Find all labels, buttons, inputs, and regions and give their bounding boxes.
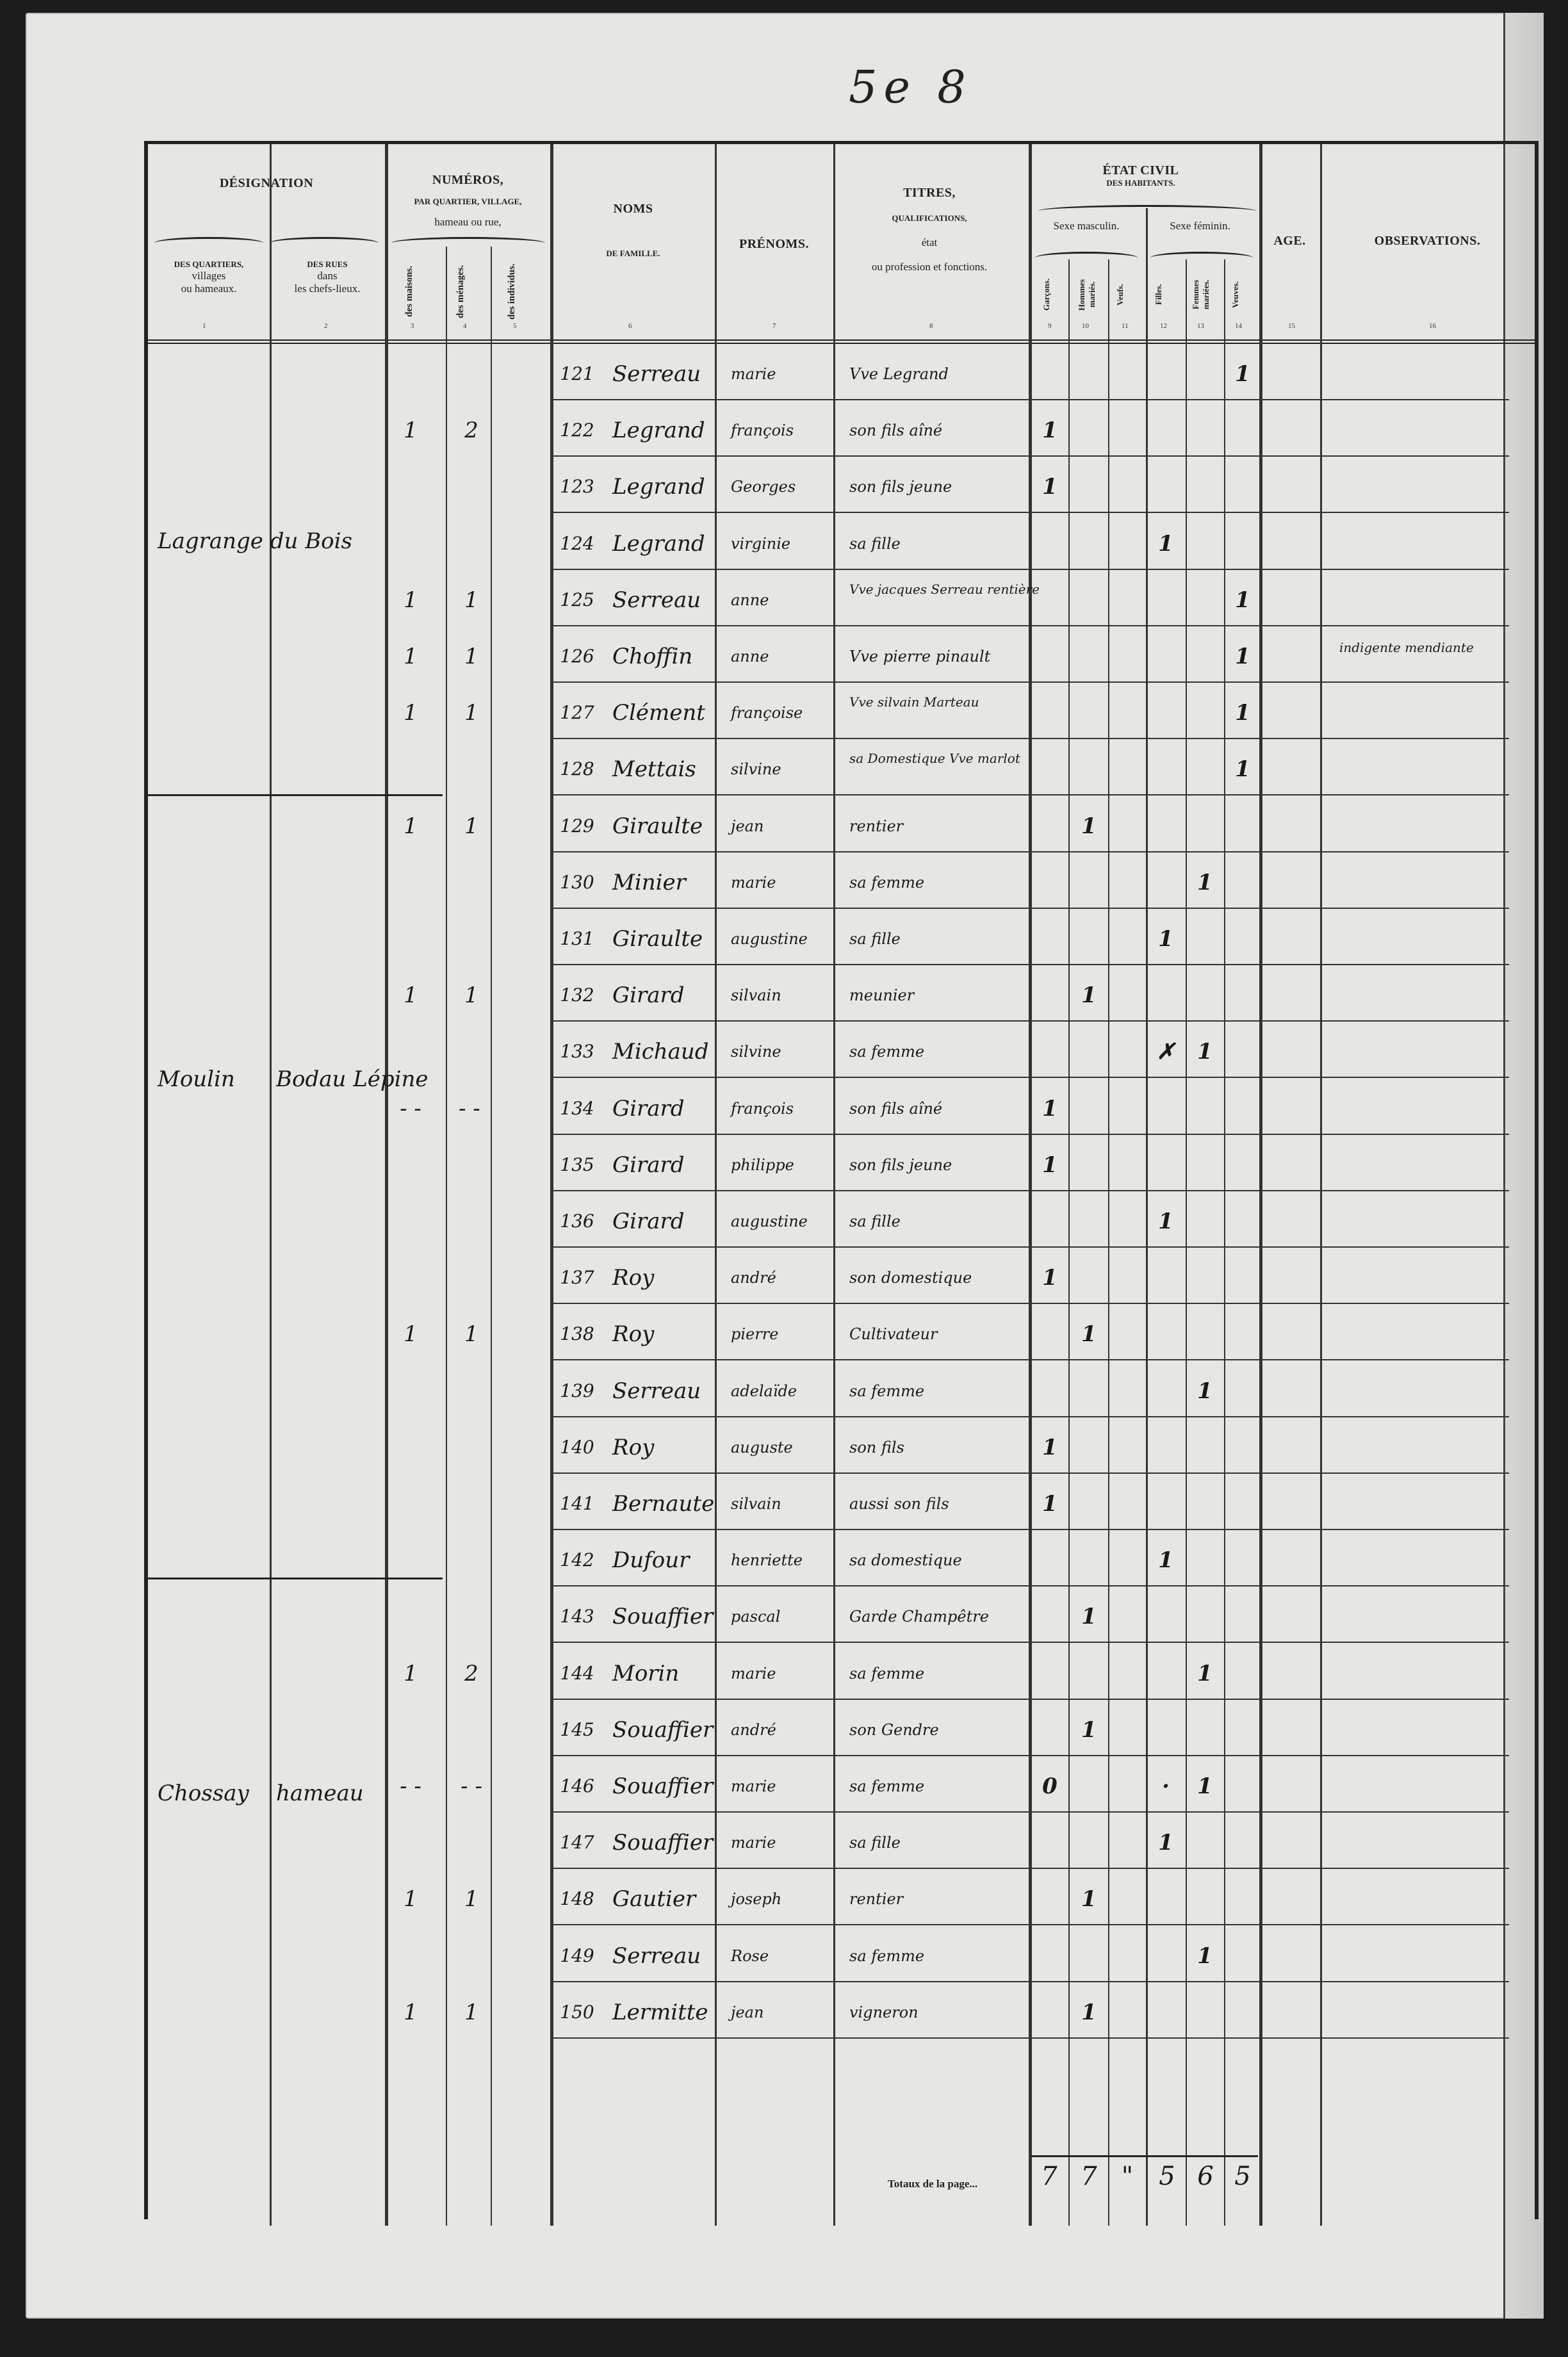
first-name: marie bbox=[724, 1651, 846, 1696]
femmes-mariees-mark bbox=[1189, 747, 1221, 792]
brace bbox=[391, 237, 545, 249]
menages-cell bbox=[459, 1143, 484, 1187]
filles-mark bbox=[1150, 1651, 1182, 1696]
menages-cell bbox=[459, 1481, 484, 1526]
garcons-mark: 0 bbox=[1034, 1764, 1066, 1809]
header-col2: DES RUES dans les chefs-lieux. bbox=[270, 259, 385, 295]
first-name: françois bbox=[724, 408, 846, 453]
menages-cell bbox=[459, 1820, 484, 1865]
femmes-mariees-mark bbox=[1189, 1312, 1221, 1357]
menages-cell bbox=[459, 1369, 484, 1414]
femmes-mariees-mark bbox=[1189, 1481, 1221, 1526]
menages-cell bbox=[459, 1594, 484, 1639]
maisons-cell: - - bbox=[398, 1086, 423, 1131]
maisons-cell: 1 bbox=[398, 1651, 423, 1696]
row-rule bbox=[550, 2037, 1509, 2039]
femmes-mariees-mark: 1 bbox=[1189, 1764, 1221, 1809]
garcons-mark bbox=[1034, 1029, 1066, 1074]
table-row: 1 1 138 Roy pierre Cultivateur 1 bbox=[148, 1304, 1535, 1360]
menages-cell: 1 bbox=[459, 1312, 484, 1357]
menages-cell bbox=[459, 464, 484, 509]
veuves-mark bbox=[1227, 1143, 1259, 1187]
total-veuves: 5 bbox=[1227, 2162, 1259, 2191]
first-name: jean bbox=[724, 804, 846, 849]
menages-cell: 1 bbox=[459, 690, 484, 735]
veuves-mark bbox=[1227, 1594, 1259, 1639]
individu-number: 142 bbox=[558, 1538, 596, 1583]
table-row: 133 Michaud silvine sa femme ✗ 1 bbox=[148, 1022, 1535, 1078]
header-designation: DÉSIGNATION bbox=[148, 176, 385, 191]
filles-mark bbox=[1150, 1143, 1182, 1187]
veufs-mark bbox=[1111, 1312, 1143, 1357]
hommes-maries-mark bbox=[1073, 1199, 1105, 1244]
observation bbox=[1339, 1204, 1519, 1249]
veufs-mark bbox=[1111, 690, 1143, 735]
observation bbox=[1339, 526, 1519, 571]
femmes-mariees-mark: 1 bbox=[1189, 860, 1221, 905]
filles-mark: 1 bbox=[1150, 1820, 1182, 1865]
title-profession: sa femme bbox=[843, 1934, 1041, 1978]
menages-cell bbox=[459, 1538, 484, 1583]
garcons-mark bbox=[1034, 1990, 1066, 2035]
menages-cell: 2 bbox=[459, 408, 484, 453]
title-profession: son fils bbox=[843, 1425, 1041, 1470]
header-col14: Veuves. bbox=[1230, 266, 1241, 323]
table-row: 1 1 126 Choffin anne Vve pierre pinault … bbox=[148, 626, 1535, 683]
header-col4: des ménages. bbox=[455, 259, 466, 323]
title-profession: son Gendre bbox=[843, 1708, 1041, 1752]
maisons-cell bbox=[398, 464, 423, 509]
individu-number: 129 bbox=[558, 804, 596, 849]
femmes-mariees-mark bbox=[1189, 1199, 1221, 1244]
table-row: 145 Souaffier andré son Gendre 1 bbox=[148, 1700, 1535, 1756]
observation bbox=[1339, 1825, 1519, 1870]
garcons-mark bbox=[1034, 1538, 1066, 1583]
garcons-mark bbox=[1034, 973, 1066, 1018]
menages-cell bbox=[459, 1708, 484, 1752]
observation bbox=[1339, 1374, 1519, 1419]
veufs-mark bbox=[1111, 1708, 1143, 1752]
first-name: silvain bbox=[724, 973, 846, 1018]
maisons-cell bbox=[398, 1820, 423, 1865]
table-row: 1 2 144 Morin marie sa femme 1 bbox=[148, 1643, 1535, 1700]
filles-mark: · bbox=[1150, 1764, 1182, 1809]
table-row: 121 Serreau marie Vve Legrand 1 bbox=[148, 344, 1535, 400]
hommes-maries-mark bbox=[1073, 1538, 1105, 1583]
hommes-maries-mark bbox=[1073, 1934, 1105, 1978]
individu-number: 121 bbox=[558, 352, 596, 396]
totals-label: Totaux de la page... bbox=[888, 2178, 977, 2190]
first-name: marie bbox=[724, 860, 846, 905]
veufs-mark bbox=[1111, 1990, 1143, 2035]
first-name: andré bbox=[724, 1255, 846, 1300]
filles-mark: 1 bbox=[1150, 917, 1182, 961]
filles-mark bbox=[1150, 352, 1182, 396]
column-number: 4 bbox=[463, 322, 467, 330]
femmes-mariees-mark bbox=[1189, 804, 1221, 849]
table-row: 135 Girard philippe son fils jeune 1 bbox=[148, 1135, 1535, 1191]
table-row: 128 Mettais silvine sa Domestique Vve ma… bbox=[148, 739, 1535, 795]
hommes-maries-mark: 1 bbox=[1073, 1312, 1105, 1357]
veuves-mark: 1 bbox=[1227, 634, 1259, 679]
maisons-cell: 1 bbox=[398, 1877, 423, 1921]
individu-number: 147 bbox=[558, 1820, 596, 1865]
individu-number: 148 bbox=[558, 1877, 596, 1921]
individu-number: 132 bbox=[558, 973, 596, 1018]
hommes-maries-mark bbox=[1073, 521, 1105, 566]
femmes-mariees-mark bbox=[1189, 352, 1221, 396]
maisons-cell bbox=[398, 1425, 423, 1470]
first-name: auguste bbox=[724, 1425, 846, 1470]
individu-number: 135 bbox=[558, 1143, 596, 1187]
individu-number: 143 bbox=[558, 1594, 596, 1639]
femmes-mariees-mark: 1 bbox=[1189, 1029, 1221, 1074]
filles-mark bbox=[1150, 1425, 1182, 1470]
table-row: 140 Roy auguste son fils 1 bbox=[148, 1417, 1535, 1474]
hommes-maries-mark bbox=[1073, 1143, 1105, 1187]
title-profession: sa femme bbox=[843, 1764, 1041, 1809]
observation bbox=[1339, 413, 1519, 458]
observation bbox=[1339, 809, 1519, 854]
first-name: marie bbox=[724, 1820, 846, 1865]
observation bbox=[1339, 1769, 1519, 1814]
title-profession: sa fille bbox=[843, 917, 1041, 961]
individu-number: 146 bbox=[558, 1764, 596, 1809]
observation bbox=[1339, 1260, 1519, 1305]
table-row: 142 Dufour henriette sa domestique 1 bbox=[148, 1530, 1535, 1586]
individu-number: 134 bbox=[558, 1086, 596, 1131]
garcons-mark bbox=[1034, 804, 1066, 849]
table-row: 139 Serreau adelaïde sa femme 1 bbox=[148, 1361, 1535, 1417]
header-sexe-feminin: Sexe féminin. bbox=[1144, 220, 1256, 232]
hommes-maries-mark bbox=[1073, 1651, 1105, 1696]
filles-mark bbox=[1150, 1990, 1182, 2035]
column-number: 7 bbox=[772, 322, 776, 330]
observation bbox=[1339, 922, 1519, 966]
veufs-mark bbox=[1111, 1086, 1143, 1131]
femmes-mariees-mark bbox=[1189, 1594, 1221, 1639]
observation bbox=[1339, 1430, 1519, 1475]
table-row: 124 Legrand virginie sa fille 1 bbox=[148, 514, 1535, 570]
maisons-cell bbox=[398, 1538, 423, 1583]
observation bbox=[1339, 1599, 1519, 1644]
title-profession: Vve Legrand bbox=[843, 352, 1041, 396]
observation bbox=[1339, 1034, 1519, 1079]
maisons-cell bbox=[398, 1029, 423, 1074]
individu-number: 138 bbox=[558, 1312, 596, 1357]
veuves-mark bbox=[1227, 1877, 1259, 1921]
observation bbox=[1339, 1091, 1519, 1136]
hommes-maries-mark: 1 bbox=[1073, 1594, 1105, 1639]
filles-mark bbox=[1150, 860, 1182, 905]
filles-mark: 1 bbox=[1150, 521, 1182, 566]
femmes-mariees-mark bbox=[1189, 1538, 1221, 1583]
garcons-mark bbox=[1034, 1877, 1066, 1921]
garcons-mark: 1 bbox=[1034, 1425, 1066, 1470]
veuves-mark bbox=[1227, 1990, 1259, 2035]
maisons-cell bbox=[398, 1255, 423, 1300]
veufs-mark bbox=[1111, 1425, 1143, 1470]
title-profession: aussi son fils bbox=[843, 1481, 1041, 1526]
femmes-mariees-mark bbox=[1189, 578, 1221, 623]
column-number: 16 bbox=[1429, 322, 1436, 330]
maisons-cell bbox=[398, 352, 423, 396]
hommes-maries-mark bbox=[1073, 408, 1105, 453]
maisons-cell bbox=[398, 1481, 423, 1526]
page-number: 5e 8 bbox=[849, 61, 972, 113]
femmes-mariees-mark: 1 bbox=[1189, 1369, 1221, 1414]
hommes-maries-mark bbox=[1073, 747, 1105, 792]
hommes-maries-mark bbox=[1073, 1425, 1105, 1470]
garcons-mark bbox=[1034, 1199, 1066, 1244]
first-name: augustine bbox=[724, 917, 846, 961]
veufs-mark bbox=[1111, 1029, 1143, 1074]
veufs-mark bbox=[1111, 408, 1143, 453]
table-row: 147 Souaffier marie sa fille 1 bbox=[148, 1813, 1535, 1869]
observation bbox=[1339, 1882, 1519, 1927]
veufs-mark bbox=[1111, 747, 1143, 792]
filles-mark bbox=[1150, 1481, 1182, 1526]
first-name: henriette bbox=[724, 1538, 846, 1583]
femmes-mariees-mark bbox=[1189, 634, 1221, 679]
first-name: marie bbox=[724, 1764, 846, 1809]
maisons-cell: 1 bbox=[398, 634, 423, 679]
femmes-mariees-mark bbox=[1189, 690, 1221, 735]
garcons-mark: 1 bbox=[1034, 1086, 1066, 1131]
veufs-mark bbox=[1111, 1934, 1143, 1978]
hommes-maries-mark bbox=[1073, 352, 1105, 396]
garcons-mark bbox=[1034, 578, 1066, 623]
veuves-mark bbox=[1227, 408, 1259, 453]
veufs-mark bbox=[1111, 860, 1143, 905]
header-titres: TITRES, QUALIFICATIONS, état ou professi… bbox=[833, 186, 1025, 273]
title-profession: meunier bbox=[843, 973, 1041, 1018]
veufs-mark bbox=[1111, 804, 1143, 849]
header-col1: DES QUARTIERS, villages ou hameaux. bbox=[148, 259, 270, 295]
femmes-mariees-mark bbox=[1189, 1877, 1221, 1921]
title-profession: sa femme bbox=[843, 1369, 1041, 1414]
individu-number: 127 bbox=[558, 690, 596, 735]
garcons-mark bbox=[1034, 521, 1066, 566]
table-row: 149 Serreau Rose sa femme 1 bbox=[148, 1926, 1535, 1982]
filles-mark bbox=[1150, 1369, 1182, 1414]
column-number: 15 bbox=[1288, 322, 1295, 330]
first-name: adelaïde bbox=[724, 1369, 846, 1414]
garcons-mark: 1 bbox=[1034, 1255, 1066, 1300]
garcons-mark bbox=[1034, 1708, 1066, 1752]
veuves-mark bbox=[1227, 1481, 1259, 1526]
veuves-mark bbox=[1227, 1086, 1259, 1131]
hommes-maries-mark bbox=[1073, 1369, 1105, 1414]
maisons-cell: 1 bbox=[398, 408, 423, 453]
table-row: 137 Roy andré son domestique 1 bbox=[148, 1248, 1535, 1304]
menages-cell bbox=[459, 747, 484, 792]
veufs-mark bbox=[1111, 917, 1143, 961]
observation bbox=[1339, 469, 1519, 514]
title-profession: son fils aîné bbox=[843, 408, 1041, 453]
observation bbox=[1339, 1995, 1519, 2040]
title-profession: sa domestique bbox=[843, 1538, 1041, 1583]
filles-mark bbox=[1150, 1312, 1182, 1357]
garcons-mark: 1 bbox=[1034, 1481, 1066, 1526]
veufs-mark bbox=[1111, 578, 1143, 623]
first-name: Rose bbox=[724, 1934, 846, 1978]
maisons-cell bbox=[398, 1594, 423, 1639]
census-table: DÉSIGNATION DES QUARTIERS, villages ou h… bbox=[144, 141, 1539, 2219]
title-profession: son fils jeune bbox=[843, 1143, 1041, 1187]
table-row: 1 1 150 Lermitte jean vigneron 1 bbox=[148, 1982, 1535, 2039]
maisons-cell bbox=[398, 1934, 423, 1978]
garcons-mark bbox=[1034, 747, 1066, 792]
table-row: - - - - 146 Souaffier marie sa femme 0 ·… bbox=[148, 1756, 1535, 1813]
maisons-cell: 1 bbox=[398, 973, 423, 1018]
veufs-mark bbox=[1111, 521, 1143, 566]
title-profession: Vve jacques Serreau rentière bbox=[843, 580, 1041, 624]
total-filles: 5 bbox=[1151, 2162, 1183, 2191]
garcons-mark: 1 bbox=[1034, 464, 1066, 509]
first-name: silvain bbox=[724, 1481, 846, 1526]
hommes-maries-mark: 1 bbox=[1073, 973, 1105, 1018]
femmes-mariees-mark bbox=[1189, 1255, 1221, 1300]
individu-number: 145 bbox=[558, 1708, 596, 1752]
menages-cell: 2 bbox=[459, 1651, 484, 1696]
menages-cell: 1 bbox=[459, 634, 484, 679]
veufs-mark bbox=[1111, 973, 1143, 1018]
maisons-cell: 1 bbox=[398, 578, 423, 623]
veuves-mark bbox=[1227, 1538, 1259, 1583]
title-profession: sa fille bbox=[843, 1820, 1041, 1865]
hommes-maries-mark bbox=[1073, 464, 1105, 509]
title-profession: Cultivateur bbox=[843, 1312, 1041, 1357]
garcons-mark bbox=[1034, 1934, 1066, 1978]
veuves-mark bbox=[1227, 973, 1259, 1018]
veuves-mark: 1 bbox=[1227, 747, 1259, 792]
column-number: 9 bbox=[1048, 322, 1052, 330]
individu-number: 124 bbox=[558, 521, 596, 566]
first-name: françoise bbox=[724, 690, 846, 735]
veufs-mark bbox=[1111, 352, 1143, 396]
veuves-mark bbox=[1227, 1708, 1259, 1752]
veuves-mark bbox=[1227, 1255, 1259, 1300]
maisons-cell: 1 bbox=[398, 1312, 423, 1357]
title-profession: Vve pierre pinault bbox=[843, 634, 1041, 679]
observation bbox=[1339, 865, 1519, 910]
column-number: 12 bbox=[1160, 322, 1167, 330]
first-name: françois bbox=[724, 1086, 846, 1131]
table-row: 1 2 122 Legrand françois son fils aîné 1 bbox=[148, 400, 1535, 457]
veufs-mark bbox=[1111, 1651, 1143, 1696]
brace bbox=[270, 237, 379, 249]
garcons-mark: 1 bbox=[1034, 408, 1066, 453]
first-name: anne bbox=[724, 578, 846, 623]
totals-rule bbox=[1031, 2155, 1258, 2157]
individu-number: 137 bbox=[558, 1255, 596, 1300]
filles-mark bbox=[1150, 690, 1182, 735]
title-profession: sa femme bbox=[843, 1029, 1041, 1074]
table-row: 130 Minier marie sa femme 1 bbox=[148, 852, 1535, 909]
filles-mark bbox=[1150, 578, 1182, 623]
veufs-mark bbox=[1111, 1143, 1143, 1187]
table-row: 143 Souaffier pascal Garde Champêtre 1 bbox=[148, 1586, 1535, 1643]
individu-number: 128 bbox=[558, 747, 596, 792]
maisons-cell: - - bbox=[398, 1764, 423, 1809]
veufs-mark bbox=[1111, 634, 1143, 679]
veuves-mark bbox=[1227, 804, 1259, 849]
header-sexe-masculin: Sexe masculin. bbox=[1029, 220, 1144, 232]
header-col5: des individus. bbox=[507, 259, 518, 323]
total-garcons: 7 bbox=[1033, 2162, 1065, 2191]
table-row: - - - - - 134 Girard françois son fils a… bbox=[148, 1079, 1535, 1135]
column-number: 2 bbox=[324, 322, 328, 330]
first-name: anne bbox=[724, 634, 846, 679]
veufs-mark bbox=[1111, 1877, 1143, 1921]
garcons-mark bbox=[1034, 860, 1066, 905]
veufs-mark bbox=[1111, 464, 1143, 509]
individu-number: 131 bbox=[558, 917, 596, 961]
table-row: 1 1 129 Giraulte jean rentier 1 bbox=[148, 796, 1535, 852]
table-header: DÉSIGNATION DES QUARTIERS, villages ou h… bbox=[148, 144, 1535, 344]
individu-number: 133 bbox=[558, 1029, 596, 1074]
individu-number: 125 bbox=[558, 578, 596, 623]
maisons-cell bbox=[398, 1199, 423, 1244]
filles-mark bbox=[1150, 804, 1182, 849]
menages-cell bbox=[459, 352, 484, 396]
veufs-mark bbox=[1111, 1481, 1143, 1526]
total-veufs: " bbox=[1111, 2162, 1143, 2191]
veuves-mark bbox=[1227, 860, 1259, 905]
garcons-mark bbox=[1034, 1369, 1066, 1414]
individu-number: 139 bbox=[558, 1369, 596, 1414]
femmes-mariees-mark: 1 bbox=[1189, 1651, 1221, 1696]
hommes-maries-mark: 1 bbox=[1073, 1990, 1105, 2035]
veufs-mark bbox=[1111, 1199, 1143, 1244]
veuves-mark: 1 bbox=[1227, 690, 1259, 735]
filles-mark bbox=[1150, 634, 1182, 679]
filles-mark bbox=[1150, 1708, 1182, 1752]
veufs-mark bbox=[1111, 1255, 1143, 1300]
veuves-mark: 1 bbox=[1227, 352, 1259, 396]
hommes-maries-mark bbox=[1073, 1255, 1105, 1300]
observation bbox=[1339, 1317, 1519, 1362]
maisons-cell bbox=[398, 521, 423, 566]
femmes-mariees-mark bbox=[1189, 1425, 1221, 1470]
observation bbox=[1339, 357, 1519, 402]
title-profession: rentier bbox=[843, 804, 1041, 849]
menages-cell bbox=[459, 1425, 484, 1470]
veuves-mark bbox=[1227, 917, 1259, 961]
menages-cell bbox=[459, 860, 484, 905]
veuves-mark: 1 bbox=[1227, 578, 1259, 623]
individu-number: 136 bbox=[558, 1199, 596, 1244]
table-row: 1 1 125 Serreau anne Vve jacques Serreau… bbox=[148, 570, 1535, 626]
observation bbox=[1339, 1939, 1519, 1984]
column-number: 13 bbox=[1197, 322, 1204, 330]
femmes-mariees-mark bbox=[1189, 521, 1221, 566]
individu-number: 140 bbox=[558, 1425, 596, 1470]
header-col12: Filles. bbox=[1154, 266, 1164, 323]
filles-mark bbox=[1150, 1934, 1182, 1978]
title-profession: son fils aîné bbox=[843, 1086, 1041, 1131]
header-noms: NOMS DE FAMILLE. bbox=[551, 202, 715, 259]
table-row: 136 Girard augustine sa fille 1 bbox=[148, 1191, 1535, 1248]
hommes-maries-mark: 1 bbox=[1073, 1708, 1105, 1752]
header-col11: Veufs. bbox=[1115, 266, 1125, 323]
title-profession: son domestique bbox=[843, 1255, 1041, 1300]
header-col9: Garçons. bbox=[1041, 266, 1052, 323]
observation bbox=[1339, 583, 1519, 628]
table-row: 1 1 148 Gautier joseph rentier 1 bbox=[148, 1869, 1535, 1925]
table-row: 123 Legrand Georges son fils jeune 1 bbox=[148, 457, 1535, 513]
